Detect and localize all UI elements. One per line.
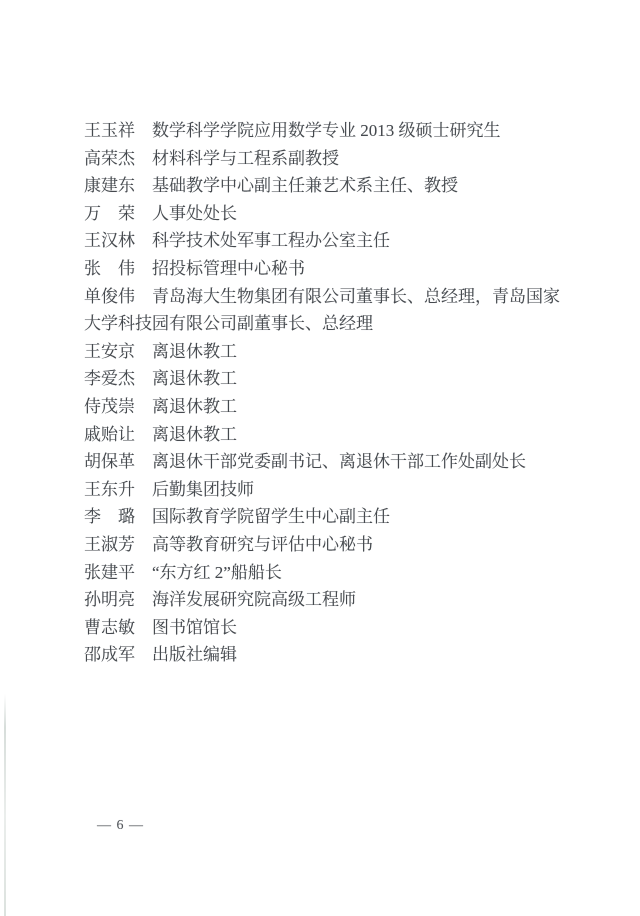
entry-name: 万 荣: [84, 200, 135, 228]
entry-title: 离退休干部党委副书记、离退休干部工作处副处长: [152, 452, 526, 471]
entry-name: 王安京: [84, 338, 135, 366]
entry-title: 图书馆馆长: [152, 618, 237, 637]
entry-title: 离退休教工: [152, 397, 237, 416]
entry-name: 戚贻让: [84, 421, 135, 449]
entry-title: “东方红 2”船船长: [152, 563, 282, 582]
entry-name: 孙明亮: [84, 586, 135, 614]
entry-row: 王淑芳高等教育研究与评估中心秘书: [84, 531, 604, 559]
entry-name: 王汉林: [84, 227, 135, 255]
entry-row: 孙明亮海洋发展研究院高级工程师: [84, 586, 604, 614]
entry-title: 基础教学中心副主任兼艺术系主任、教授: [152, 176, 458, 195]
entry-title: 离退休教工: [152, 369, 237, 388]
entry-name: 李 璐: [84, 503, 135, 531]
entry-row: 单俊伟青岛海大生物集团有限公司董事长、总经理，青岛国家: [84, 283, 604, 311]
entry-title: 材料科学与工程系副教授: [152, 149, 339, 168]
entry-row: 侍茂崇离退休教工: [84, 393, 604, 421]
entry-row: 王玉祥数学科学学院应用数学专业 2013 级硕士研究生: [84, 117, 604, 145]
entry-title: 人事处处长: [152, 204, 237, 223]
entry-name: 高荣杰: [84, 145, 135, 173]
entry-title: 离退休教工: [152, 342, 237, 361]
entry-row: 高荣杰材料科学与工程系副教授: [84, 145, 604, 173]
entry-row: 王东升后勤集团技师: [84, 476, 604, 504]
entry-title: 高等教育研究与评估中心秘书: [152, 535, 373, 554]
entry-name: 张建平: [84, 559, 135, 587]
entry-name: 胡保革: [84, 448, 135, 476]
entry-title: 科学技术处军事工程办公室主任: [152, 231, 390, 250]
entry-row: 康建东基础教学中心副主任兼艺术系主任、教授: [84, 172, 604, 200]
entry-name: 曹志敏: [84, 614, 135, 642]
entry-row: 万 荣人事处处长: [84, 200, 604, 228]
entry-row: 张 伟招投标管理中心秘书: [84, 255, 604, 283]
entry-title: 国际教育学院留学生中心副主任: [152, 507, 390, 526]
entry-name: 王淑芳: [84, 531, 135, 559]
entry-title: 海洋发展研究院高级工程师: [152, 590, 356, 609]
entry-title: 招投标管理中心秘书: [152, 259, 305, 278]
scan-artifact-line: [4, 694, 6, 916]
entry-row: 李爱杰离退休教工: [84, 365, 604, 393]
personnel-list: 王玉祥数学科学学院应用数学专业 2013 级硕士研究生高荣杰材料科学与工程系副教…: [84, 117, 604, 669]
entry-name: 邵成军: [84, 641, 135, 669]
entry-title: 大学科技园有限公司副董事长、总经理: [84, 314, 373, 333]
entry-name: 侍茂崇: [84, 393, 135, 421]
entry-row: 王安京离退休教工: [84, 338, 604, 366]
entry-row: 邵成军出版社编辑: [84, 641, 604, 669]
entry-title: 青岛海大生物集团有限公司董事长、总经理，青岛国家: [152, 287, 560, 306]
entry-title: 数学科学学院应用数学专业 2013 级硕士研究生: [152, 121, 501, 140]
document-page: 王玉祥数学科学学院应用数学专业 2013 级硕士研究生高荣杰材料科学与工程系副教…: [0, 0, 640, 916]
entry-row: 张建平“东方红 2”船船长: [84, 559, 604, 587]
entry-row: 戚贻让离退休教工: [84, 421, 604, 449]
entry-row: 曹志敏图书馆馆长: [84, 614, 604, 642]
entry-name: 王东升: [84, 476, 135, 504]
entry-title: 后勤集团技师: [152, 480, 254, 499]
entry-name: 康建东: [84, 172, 135, 200]
entry-title: 出版社编辑: [152, 645, 237, 664]
entry-name: 单俊伟: [84, 283, 135, 311]
entry-continuation-line: 大学科技园有限公司副董事长、总经理: [84, 310, 604, 338]
entry-name: 王玉祥: [84, 117, 135, 145]
entry-name: 张 伟: [84, 255, 135, 283]
entry-name: 李爱杰: [84, 365, 135, 393]
entry-title: 离退休教工: [152, 425, 237, 444]
page-number: — 6 —: [97, 818, 144, 834]
entry-row: 李 璐国际教育学院留学生中心副主任: [84, 503, 604, 531]
entry-row: 胡保革离退休干部党委副书记、离退休干部工作处副处长: [84, 448, 604, 476]
entry-row: 王汉林科学技术处军事工程办公室主任: [84, 227, 604, 255]
